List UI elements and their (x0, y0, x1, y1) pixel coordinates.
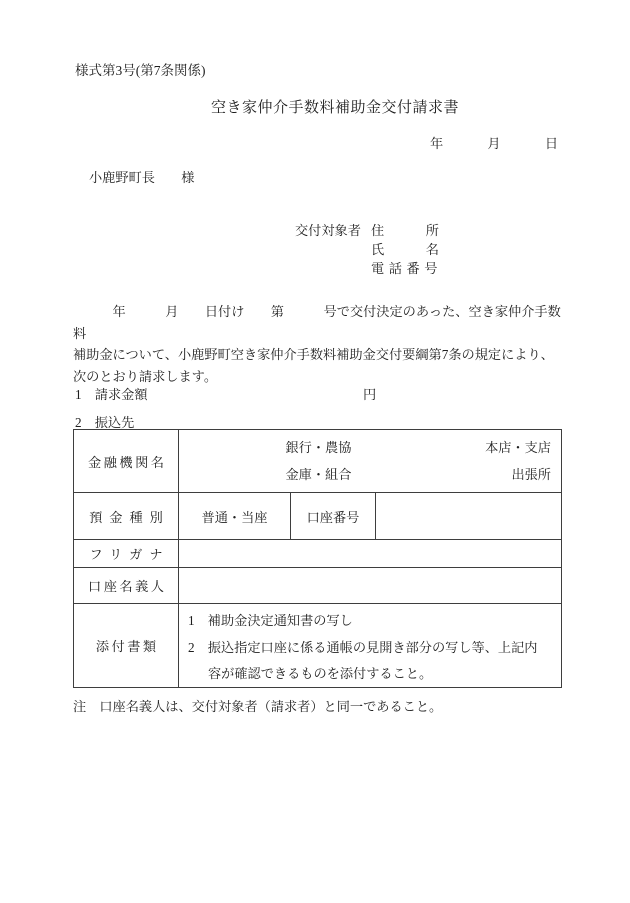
document-page: 様式第3号(第7条関係) 空き家仲介手数料補助金交付請求書 年 月 日 小鹿野町… (0, 0, 630, 903)
deposit-type-row: 預金種別 普通・当座 口座番号 (74, 492, 561, 539)
body-line-3: 次のとおり請求します。 (73, 366, 573, 388)
yen-unit-label: 円 (363, 384, 376, 403)
attachment-item-1: 1 補助金決定通知書の写し (188, 608, 555, 635)
form-number: 様式第3号(第7条関係) (75, 59, 206, 79)
recipient-fields: 住 所 氏 名 電話番号 (371, 221, 439, 278)
furigana-row-label: フリガナ (74, 540, 179, 567)
phone-field-label: 電話番号 (371, 259, 444, 278)
branch-type-line-1: 本店・支店 (485, 434, 551, 461)
body-line-1: 年 月 日付け 第 号で交付決定のあった、空き家仲介手数料 (73, 301, 573, 344)
bank-type-line-1: 銀行・農協 (179, 434, 458, 461)
branch-type-line-2: 出張所 (485, 461, 551, 488)
body-line-2: 補助金について、小鹿野町空き家仲介手数料補助金交付要綱第7条の規定により、 (73, 344, 573, 366)
footer-note: 注 口座名義人は、交付対象者（請求者）と同一であること。 (73, 696, 442, 715)
page-title: 空き家仲介手数料補助金交付請求書 (40, 96, 630, 117)
bank-type-line-2: 金庫・組合 (179, 461, 458, 488)
name-field-label: 氏 名 (371, 240, 439, 259)
deposit-type-row-label: 預金種別 (74, 493, 179, 539)
name-label-first: 氏 (371, 240, 384, 259)
recipient-block: 交付対象者 住 所 氏 名 電話番号 (295, 221, 439, 278)
date-line: 年 月 日 (430, 133, 558, 152)
account-holder-row: 口座名義人 (74, 567, 561, 603)
financial-institution-row: 金融機関名 銀行・農協 金庫・組合 本店・支店 出張所 (74, 430, 561, 492)
attachment-item-2-continued: 容が確認できるものを添付すること。 (208, 661, 555, 688)
day-label: 日 (545, 133, 558, 152)
address-label-first: 住 (371, 221, 384, 240)
account-number-label-cell: 口座番号 (290, 493, 376, 539)
account-type-cell: 普通・当座 (179, 493, 290, 539)
year-label: 年 (430, 133, 443, 152)
attachments-cell: 1 補助金決定通知書の写し 2 振込指定口座に係る通帳の見開き部分の写し等、上記… (179, 604, 561, 687)
furigana-row: フリガナ (74, 539, 561, 567)
claim-amount-item: 1 請求金額 (75, 384, 148, 403)
financial-institution-row-label: 金融機関名 (74, 430, 179, 492)
recipient-label: 交付対象者 (295, 221, 361, 240)
attachments-row: 添付書類 1 補助金決定通知書の写し 2 振込指定口座に係る通帳の見開き部分の写… (74, 603, 561, 687)
branch-type-options: 本店・支店 出張所 (485, 434, 551, 488)
body-paragraph: 年 月 日付け 第 号で交付決定のあった、空き家仲介手数料 補助金について、小鹿… (73, 301, 573, 388)
furigana-blank-cell (179, 540, 561, 567)
account-holder-row-label: 口座名義人 (74, 568, 179, 603)
financial-institution-cell: 銀行・農協 金庫・組合 本店・支店 出張所 (179, 430, 561, 492)
addressee: 小鹿野町長 様 (89, 167, 195, 186)
attachments-row-label: 添付書類 (74, 604, 179, 687)
account-number-blank-cell (376, 493, 561, 539)
month-label: 月 (487, 133, 500, 152)
address-field-label: 住 所 (371, 221, 439, 240)
attachment-item-2: 2 振込指定口座に係る通帳の見開き部分の写し等、上記内 (188, 635, 555, 662)
bank-type-options: 銀行・農協 金庫・組合 (179, 434, 458, 488)
address-label-last: 所 (426, 221, 439, 240)
account-holder-blank-cell (179, 568, 561, 603)
bank-transfer-table: 金融機関名 銀行・農協 金庫・組合 本店・支店 出張所 預金種別 普通・当座 口… (73, 429, 562, 688)
name-label-last: 名 (426, 240, 439, 259)
